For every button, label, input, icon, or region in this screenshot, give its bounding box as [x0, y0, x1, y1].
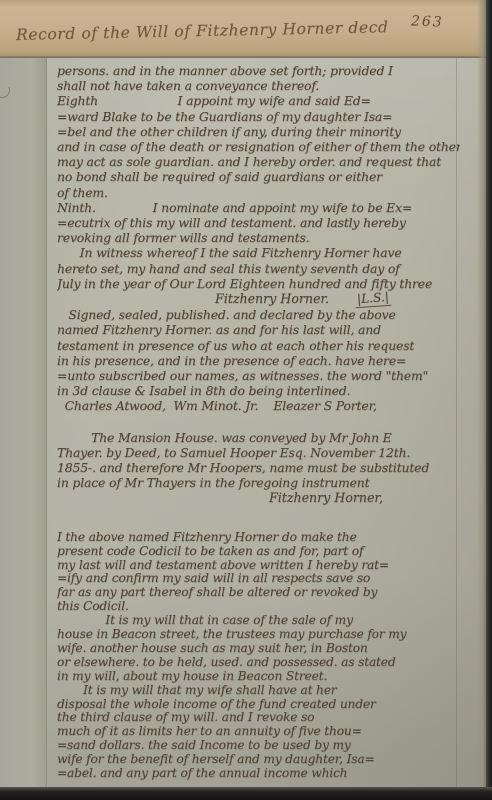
manuscript-line: and in case of the death or resignation …	[57, 139, 460, 154]
left-margin-column	[0, 58, 47, 788]
photo-dark-edge-right	[486, 0, 492, 800]
manuscript-line: in his presence, and in the presence of …	[57, 353, 460, 368]
manuscript-line: wife for the benefit of herself and my d…	[57, 753, 460, 767]
manuscript-line: Thayer. by Deed, to Samuel Hooper Esq. N…	[57, 445, 460, 460]
manuscript-text: persons. and in the manner above set for…	[57, 63, 460, 781]
manuscript-line: house in Beacon street, the trustees may…	[57, 628, 460, 642]
manuscript-line: shall not have taken a conveyance thereo…	[57, 78, 460, 93]
manuscript-line: 1855-. and therefore Mr Hoopers, name mu…	[57, 460, 460, 475]
manuscript-line: persons. and in the manner above set for…	[57, 63, 460, 78]
manuscript-line: In witness whereof I the said Fitzhenry …	[57, 245, 460, 260]
manuscript-line: this Codicil.	[57, 600, 460, 614]
manuscript-line: Ninth. I nominate and appoint my wife to…	[57, 200, 460, 215]
codicil-section: I the above named Fitzhenry Horner do ma…	[57, 531, 460, 781]
section-gap	[57, 506, 460, 531]
photo-dark-edge-bottom	[0, 787, 492, 800]
manuscript-line: =sand dollars. the said Income to be use…	[57, 739, 460, 753]
manuscript-line: or elsewhere. to be held, used. and poss…	[57, 656, 460, 670]
manuscript-line: my last will and testament above written…	[57, 559, 460, 573]
manuscript-line: July in the year of Our Lord Eighteen hu…	[57, 276, 460, 291]
manuscript-line: It is my will that in case of the sale o…	[57, 614, 460, 628]
manuscript-line: testament in presence of us who at each …	[57, 338, 460, 353]
testator-signature-line: Fitzhenry Horner. |L.S.|	[57, 291, 460, 307]
manuscript-line: Signed, sealed, published. and declared …	[57, 307, 460, 322]
manuscript-line: may act as sole guardian. and I hereby o…	[57, 154, 460, 169]
manuscript-line: It is my will that my wife shall have at…	[57, 684, 460, 698]
manuscript-line: disposal the whole income of the fund cr…	[57, 698, 460, 712]
manuscript-line: hereto set, my hand and seal this twenty…	[57, 261, 460, 276]
manuscript-line: present code Codicil to be taken as and …	[57, 545, 460, 559]
manuscript-line: =ward Blake to be the Guardians of my da…	[57, 109, 460, 124]
manuscript-line: Eighth I appoint my wife and said Ed=	[57, 93, 460, 108]
manuscript-line: =unto subscribed our names, as witnesses…	[57, 368, 460, 383]
manuscript-line: =abel. and any part of the annual income…	[57, 767, 460, 781]
manuscript-line: =ecutrix of this my will and testament. …	[57, 215, 460, 230]
manuscript-line: of them.	[57, 185, 460, 200]
manuscript-line: revoking all former wills and testaments…	[57, 230, 460, 245]
manuscript-photo: Record of the Will of Fitzhenry Horner d…	[0, 0, 492, 800]
testator-signature: Fitzhenry Horner.	[215, 291, 329, 307]
manuscript-line: in place of Mr Thayers in the foregoing …	[57, 475, 460, 490]
seal-notation: |L.S.|	[355, 290, 392, 309]
manuscript-line: named Fitzhenry Horner. as and for his l…	[57, 322, 460, 337]
page-number: 263	[411, 13, 444, 30]
manuscript-line: no bond shall be required of said guardi…	[57, 169, 460, 184]
manuscript-line: much of it as limits her to an annuity o…	[57, 725, 460, 739]
page-title: Record of the Will of Fitzhenry Horner d…	[16, 18, 389, 44]
section-gap	[57, 414, 460, 430]
manuscript-line: The Mansion House. was conveyed by Mr Jo…	[57, 430, 460, 445]
witnesses-line: Charles Atwood, Wm Minot. Jr. Eleazer S …	[57, 398, 460, 413]
manuscript-line: the third clause of my will. and I revok…	[57, 711, 460, 725]
manuscript-line: in my will, about my house in Beacon Str…	[57, 670, 460, 684]
manuscript-line: far as any part thereof shall be altered…	[57, 586, 460, 600]
testator-signature-2: Fitzhenry Horner,	[57, 490, 460, 505]
manuscript-line: I the above named Fitzhenry Horner do ma…	[57, 531, 460, 545]
manuscript-line: =bel and the other children if any, duri…	[57, 124, 460, 139]
manuscript-line: in 3d clause & Isabel in 8th do being in…	[57, 383, 460, 398]
manuscript-line: =ify and confirm my said will in all res…	[57, 572, 460, 586]
manuscript-line: wife. another house such as may suit her…	[57, 642, 460, 656]
